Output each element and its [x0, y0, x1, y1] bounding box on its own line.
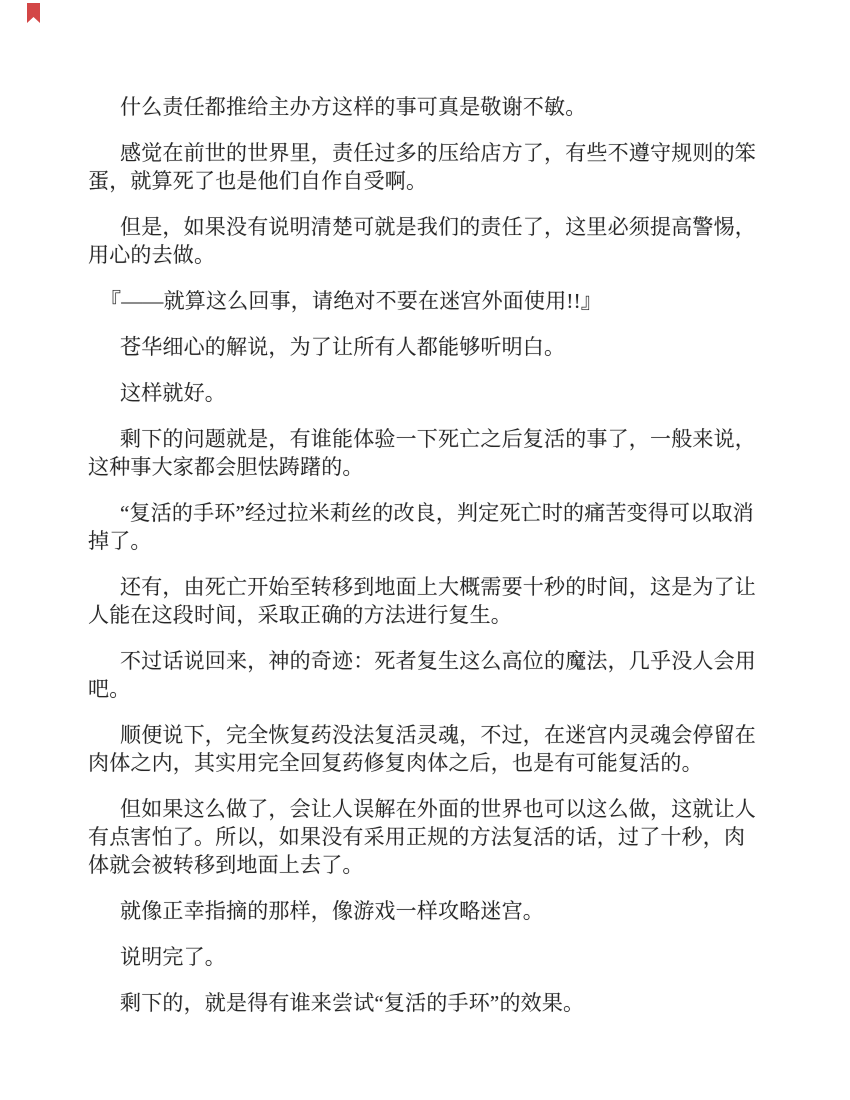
paragraph: 剩下的，就是得有谁来尝试“复活的手环”的效果。 [88, 989, 760, 1017]
paragraph: 说明完了。 [88, 943, 760, 971]
paragraph: 顺便说下，完全恢复药没法复活灵魂，不过，在迷宫内灵魂会停留在肉体之内，其实用完全… [88, 721, 760, 777]
paragraph: 但如果这么做了，会让人误解在外面的世界也可以这么做，这就让人有点害怕了。所以，如… [88, 795, 760, 879]
paragraph: 就像正幸指摘的那样，像游戏一样攻略迷宫。 [88, 897, 760, 925]
paragraph: 剩下的问题就是，有谁能体验一下死亡之后复活的事了，一般来说，这种事大家都会胆怯踌… [88, 425, 760, 481]
paragraph: 感觉在前世的世界里，责任过多的压给店方了，有些不遵守规则的笨蛋，就算死了也是他们… [88, 139, 760, 195]
paragraph-dialogue: 『——就算这么回事，请绝对不要在迷宫外面使用!!』 [88, 287, 760, 315]
paragraph: 还有，由死亡开始至转移到地面上大概需要十秒的时间，这是为了让人能在这段时间，采取… [88, 573, 760, 629]
paragraph: 不过话说回来，神的奇迹：死者复生这么高位的魔法，几乎没人会用吧。 [88, 647, 760, 703]
paragraph: 这样就好。 [88, 379, 760, 407]
paragraph: “复活的手环”经过拉米莉丝的改良，判定死亡时的痛苦变得可以取消掉了。 [88, 499, 760, 555]
paragraph: 苍华细心的解说，为了让所有人都能够听明白。 [88, 333, 760, 361]
paragraph: 但是，如果没有说明清楚可就是我们的责任了，这里必须提高警惕，用心的去做。 [88, 213, 760, 269]
paragraph: 什么责任都推给主办方这样的事可真是敬谢不敏。 [88, 93, 760, 121]
reader-page: 什么责任都推给主办方这样的事可真是敬谢不敏。 感觉在前世的世界里，责任过多的压给… [0, 0, 850, 1100]
novel-text-content: 什么责任都推给主办方这样的事可真是敬谢不敏。 感觉在前世的世界里，责任过多的压给… [88, 93, 760, 1035]
red-bookmark-icon [27, 3, 40, 23]
